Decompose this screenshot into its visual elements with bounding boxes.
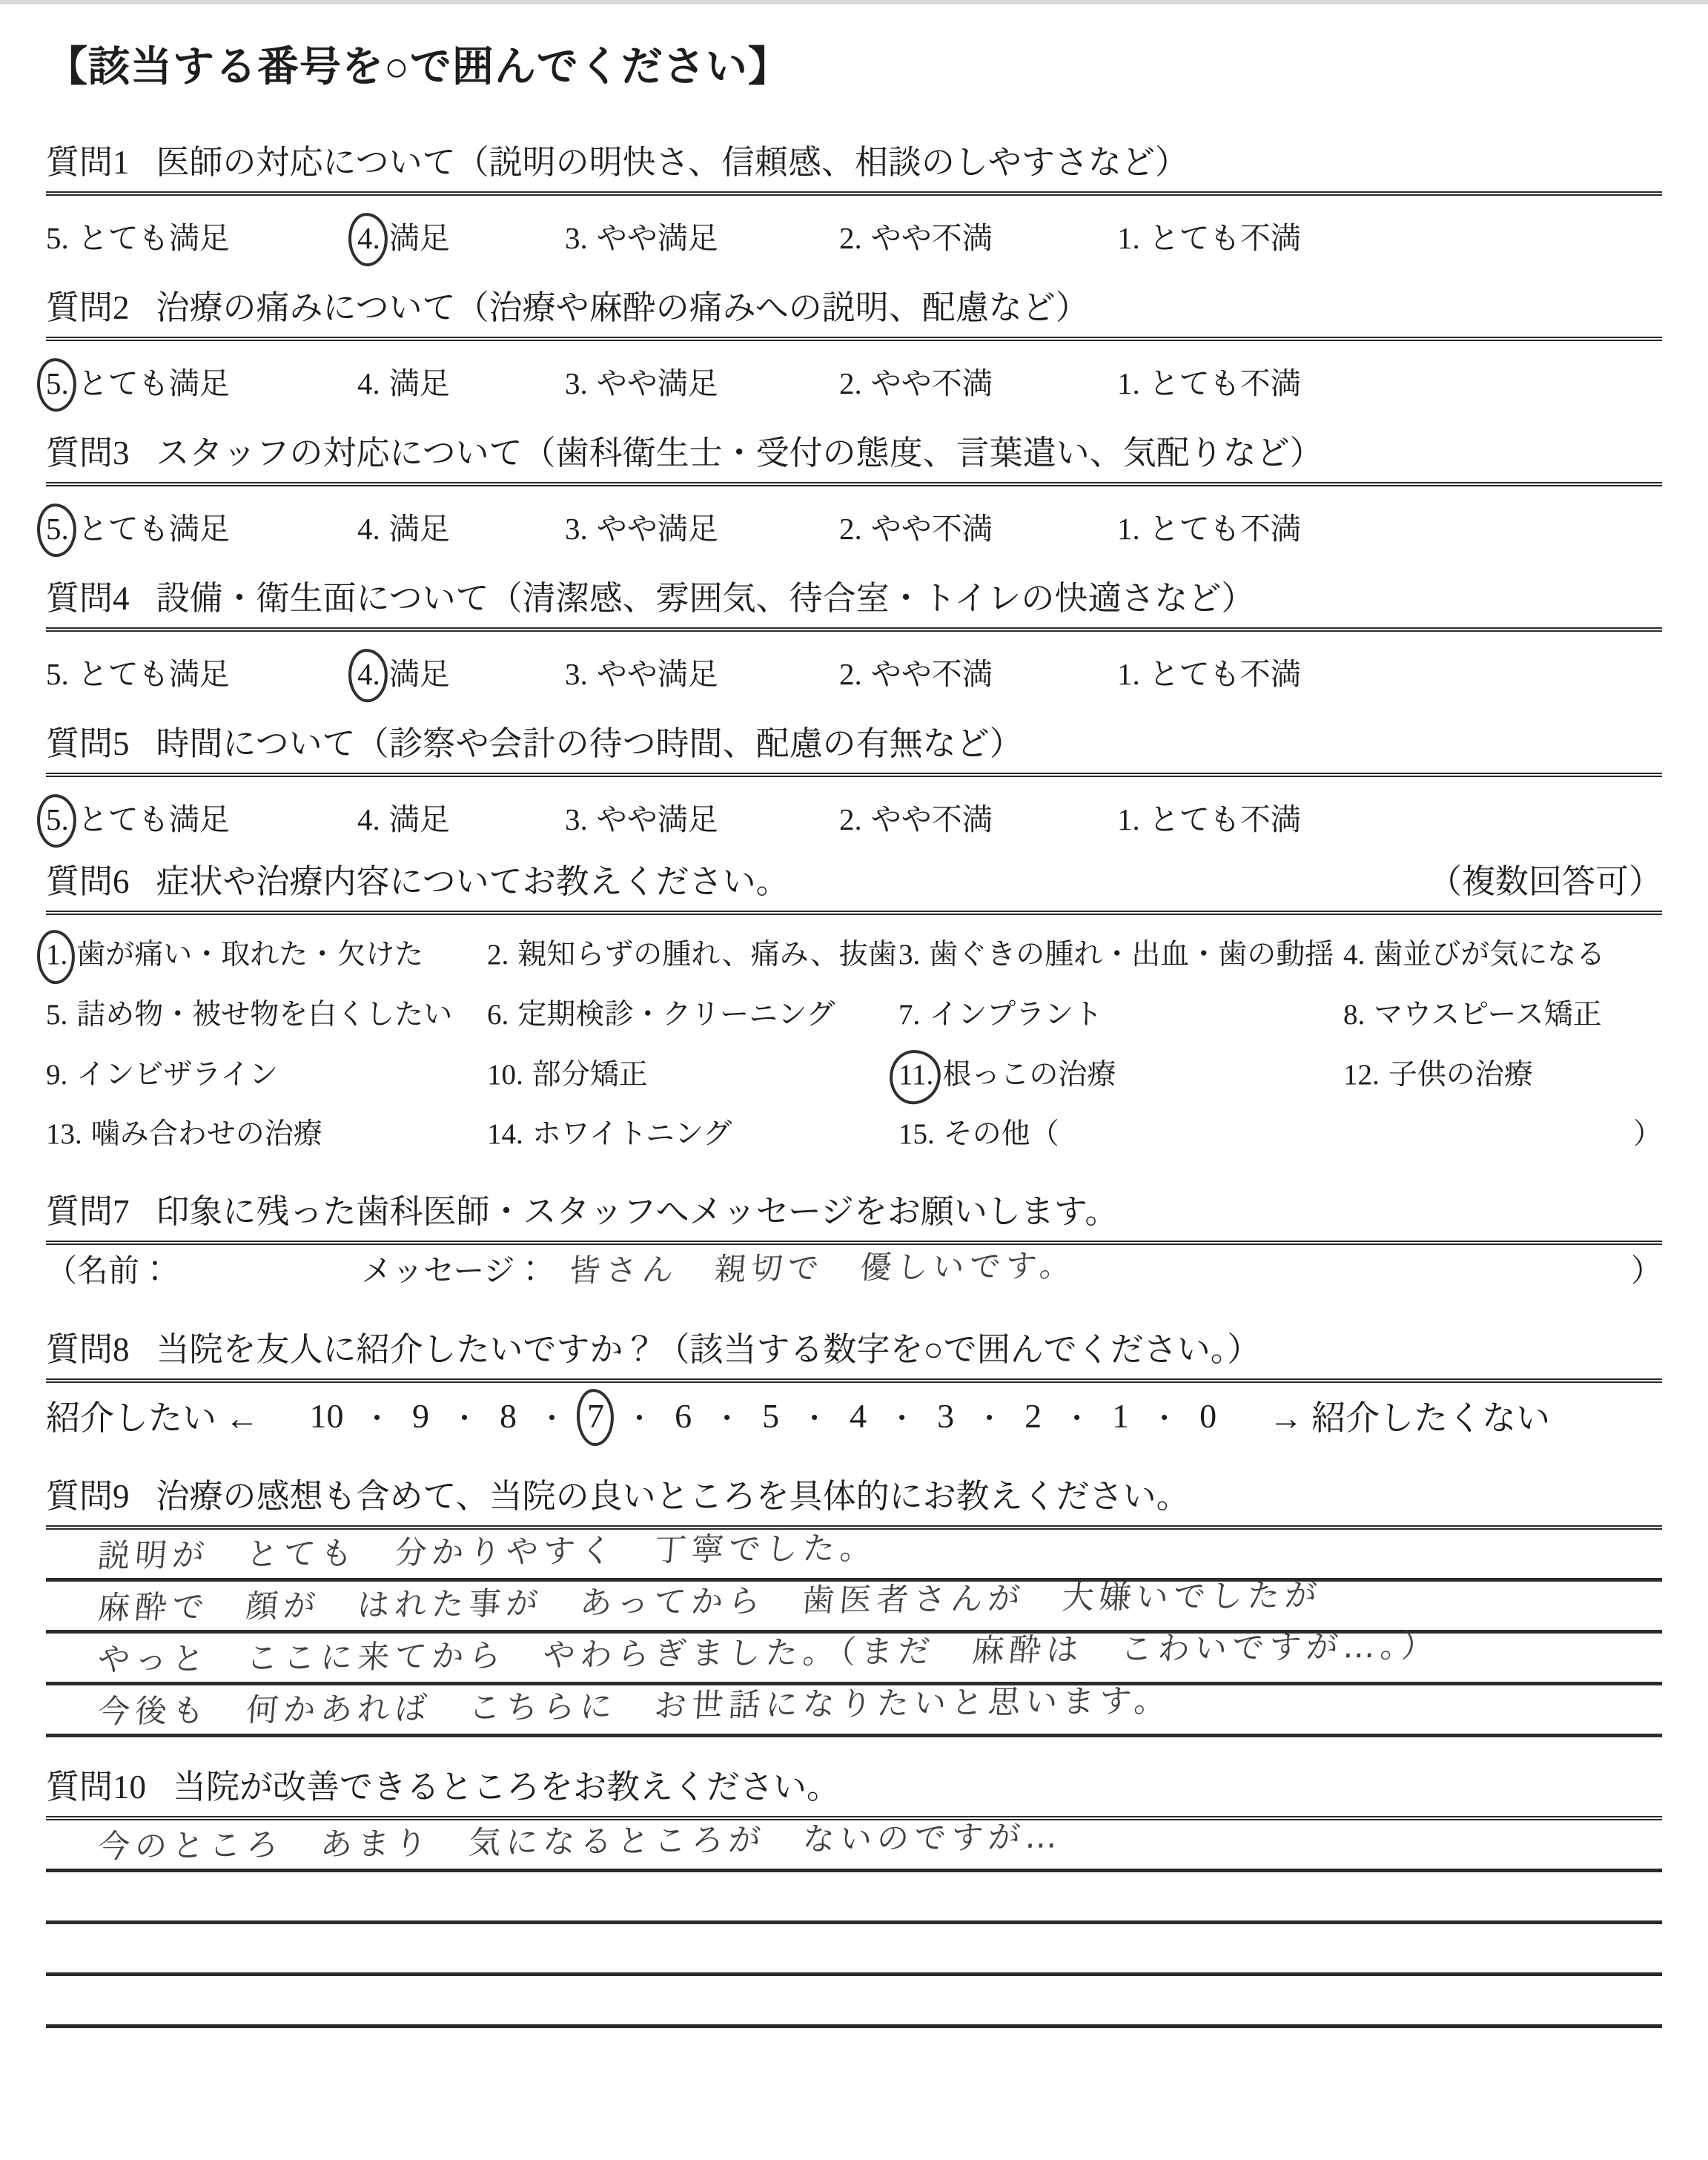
question-9-block: 質問9治療の感想も含めて、当院の良いところを具体的にお教えください。 説明が と… (46, 1476, 1662, 1737)
option-text: 根っこの治療 (942, 1059, 1116, 1091)
scale-number: 7 (586, 1396, 606, 1436)
question-topic: スタッフの対応について（歯科衛生士・受付の態度、言葉遣い、気配りなど） (156, 435, 1323, 472)
symptom-option: 1.歯が痛い・取れた・欠けた (46, 937, 487, 974)
option-number: 12. (1343, 1057, 1380, 1094)
option-text: 親知らずの腫れ、痛み、抜歯 (517, 939, 897, 971)
question-topic: 設備・衛生面について（清潔感、雰囲気、待合室・トイレの快適さなど） (156, 580, 1255, 617)
option-text: 定期検診・クリーニング (517, 999, 835, 1031)
rating-option: 1.とても不満 (1117, 650, 1301, 675)
answer-line (46, 1924, 1662, 1976)
option-number: 8. (1343, 997, 1365, 1034)
rating-option: 2.やや不満 (839, 504, 1117, 529)
question-1-heading: 質問1医師の対応について（説明の明快さ、信頼感、相談のしやすさなど） (46, 142, 1188, 182)
question-2-options: 5.とても満足 4.満足 3.やや満足 2.やや不満 1.とても不満 (46, 341, 1662, 384)
option-text: やや不満 (871, 802, 993, 836)
question-label: 質問10 (46, 1768, 146, 1806)
scale-separator: ・ (976, 1396, 1004, 1436)
rating-option: 4.満足 (357, 359, 565, 384)
option-text: 子供の治療 (1388, 1059, 1533, 1091)
scale-number: 9 (411, 1396, 431, 1436)
question-5-block: 質問5時間について（診察や会計の待つ時間、配慮の有無など） 5.とても満足 4.… (46, 724, 1662, 820)
rating-option: 1.とても不満 (1117, 214, 1301, 239)
option-number: 5. (46, 802, 69, 837)
option-number: 5. (46, 656, 69, 692)
symptom-option: 11.根っこの治療 (898, 1057, 1343, 1094)
question-topic: 医師の対応について（説明の明快さ、信頼感、相談のしやすさなど） (156, 144, 1188, 181)
symptom-options-grid: 1.歯が痛い・取れた・欠けた 2.親知らずの腫れ、痛み、抜歯 3.歯ぐきの腫れ・… (46, 915, 1662, 1153)
question-5-heading: 質問5時間について（診察や会計の待つ時間、配慮の有無など） (46, 724, 1023, 764)
question-label: 質問2 (46, 289, 130, 326)
option-number: 3. (565, 656, 588, 692)
scale-separator: ・ (801, 1396, 829, 1436)
option-text: とても不満 (1149, 221, 1301, 255)
symptom-option: 12.子供の治療 (1343, 1057, 1662, 1094)
question-7-header: 質問7印象に残った歯科医師・スタッフへメッセージをお願いします。 (46, 1192, 1662, 1245)
option-number: 3. (565, 511, 588, 546)
question-1-block: 質問1医師の対応について（説明の明快さ、信頼感、相談のしやすさなど） 5.とても… (46, 142, 1662, 239)
option-number: 1. (1117, 511, 1140, 546)
scale-left-label: 紹介したい ← (46, 1391, 259, 1440)
option-text: 満足 (389, 512, 450, 546)
rating-option: 2.やや不満 (839, 359, 1117, 384)
question-label: 質問5 (46, 725, 130, 762)
option-text: その他（ (944, 1118, 1059, 1150)
option-text: 部分矯正 (532, 1059, 648, 1091)
rating-option: 5.とても満足 (46, 359, 357, 384)
option-text: マウスピース矯正 (1374, 999, 1601, 1031)
option-number: 13. (46, 1117, 82, 1153)
option-text: やや不満 (871, 366, 993, 400)
answer-line: 今後も 何かあれば こちらに お世話になりたいと思います。 (46, 1685, 1662, 1737)
question-label: 質問6 (46, 863, 130, 900)
question-4-heading: 質問4設備・衛生面について（清潔感、雰囲気、待合室・トイレの快適さなど） (46, 578, 1254, 618)
scale-separator: ・ (1063, 1396, 1091, 1436)
option-number: 15. (898, 1117, 935, 1153)
option-text: やや満足 (597, 221, 718, 255)
option-text: とても不満 (1149, 657, 1301, 691)
option-number: 3. (565, 802, 588, 837)
question-7-answer-row: （名前： メッセージ： 皆さん 親切で 優しいです。 ） (46, 1245, 1662, 1291)
question-topic: 治療の感想も含めて、当院の良いところを具体的にお教えください。 (156, 1478, 1190, 1515)
option-number: 4. (357, 366, 380, 401)
option-number: 4. (357, 220, 380, 256)
question-label: 質問1 (46, 144, 130, 181)
question-label: 質問3 (46, 435, 130, 472)
option-number: 4. (357, 511, 380, 546)
name-field-label: （名前： (46, 1246, 361, 1291)
rating-option: 1.とても不満 (1117, 795, 1301, 820)
answer-line: 今のところ あまり 気になるところが ないのですが… (46, 1820, 1662, 1872)
symptom-option: 10.部分矯正 (487, 1057, 898, 1094)
option-number: 2. (839, 511, 862, 546)
question-topic: 治療の痛みについて（治療や麻酔の痛みへの説明、配慮など） (156, 289, 1089, 326)
handwritten-answer: 説明が とても 分かりやすく 丁寧でした。 (96, 1523, 879, 1576)
question-3-options: 5.とても満足 4.満足 3.やや満足 2.やや不満 1.とても不満 (46, 486, 1662, 529)
question-1-header: 質問1医師の対応について（説明の明快さ、信頼感、相談のしやすさなど） (46, 142, 1662, 196)
scale-separator: ・ (451, 1396, 479, 1436)
recommend-scale: 紹介したい ← 10・ 9・ 8・ 7・ 6・ 5・ 4・ 3・ 2・ 1・ 0… (46, 1383, 1662, 1429)
option-number: 5. (46, 997, 67, 1034)
option-text: 満足 (389, 366, 450, 400)
option-text: 歯が痛い・取れた・欠けた (76, 939, 423, 971)
option-text: やや満足 (597, 366, 718, 400)
question-label: 質問4 (46, 580, 130, 617)
question-topic: 当院を友人に紹介したいですか？（該当する数字を○で囲んでください。） (156, 1331, 1261, 1368)
survey-page: 【該当する番号を○で囲んでください】 質問1医師の対応について（説明の明快さ、信… (0, 4, 1708, 2028)
question-6-header: 質問6症状や治療内容についてお教えください。 （複数回答可） (46, 862, 1662, 915)
option-text: 満足 (389, 657, 450, 691)
answer-line: 説明が とても 分かりやすく 丁寧でした。 (46, 1530, 1662, 1582)
option-number: 6. (487, 997, 509, 1034)
question-6-block: 質問6症状や治療内容についてお教えください。 （複数回答可） 1.歯が痛い・取れ… (46, 862, 1662, 1153)
question-4-options: 5.とても満足 4.満足 3.やや満足 2.やや不満 1.とても不満 (46, 632, 1662, 675)
option-text: とても不満 (1149, 366, 1301, 400)
scale-separator: ・ (888, 1396, 916, 1436)
option-number: 4. (357, 656, 380, 692)
question-10-heading: 質問10当院が改善できるところをお教えください。 (46, 1767, 840, 1807)
handwritten-answer: 今のところ あまり 気になるところが ないのですが… (96, 1811, 1065, 1867)
option-number: 1. (1117, 366, 1140, 401)
option-text: やや満足 (597, 512, 718, 546)
question-label: 質問7 (46, 1193, 130, 1230)
rating-option: 5.とても満足 (46, 214, 357, 239)
symptom-option: 2.親知らずの腫れ、痛み、抜歯 (487, 937, 898, 974)
rating-option: 4.満足 (357, 650, 565, 675)
rating-option: 3.やや満足 (565, 214, 839, 239)
answer-line: やっと ここに来てから やわらぎました。（まだ 麻酔は こわいですが…。） (46, 1634, 1662, 1685)
rating-option: 4.満足 (357, 214, 565, 239)
option-text: やや不満 (871, 512, 993, 546)
rating-option: 5.とても満足 (46, 504, 357, 529)
option-number: 10. (487, 1057, 523, 1094)
option-number: 1. (1117, 656, 1140, 692)
question-10-header: 質問10当院が改善できるところをお教えください。 (46, 1767, 1662, 1820)
option-text: とても不満 (1149, 802, 1301, 836)
scale-number: 0 (1198, 1396, 1219, 1436)
option-number: 2. (839, 802, 862, 837)
option-number: 2. (839, 656, 862, 692)
option-number: 14. (487, 1117, 523, 1153)
question-9-heading: 質問9治療の感想も含めて、当院の良いところを具体的にお教えください。 (46, 1476, 1190, 1516)
option-number: 5. (46, 366, 69, 401)
question-1-options: 5.とても満足 4.満足 3.やや満足 2.やや不満 1.とても不満 (46, 196, 1662, 239)
option-number: 11. (898, 1057, 933, 1094)
option-number: 3. (565, 220, 588, 256)
question-2-block: 質問2治療の痛みについて（治療や麻酔の痛みへの説明、配慮など） 5.とても満足 … (46, 288, 1662, 384)
option-text: 満足 (389, 221, 450, 255)
message-field-label: メッセージ： (361, 1246, 546, 1291)
option-text: とても満足 (78, 366, 230, 400)
scale-number: 2 (1023, 1396, 1044, 1436)
option-number: 2. (839, 220, 862, 256)
close-paren: ） (1631, 1246, 1662, 1291)
scale-number: 8 (498, 1396, 519, 1436)
option-text: やや満足 (597, 657, 718, 691)
option-number: 7. (898, 997, 920, 1034)
option-number: 1. (1117, 802, 1140, 837)
scale-number: 1 (1110, 1396, 1131, 1436)
question-3-heading: 質問3スタッフの対応について（歯科衛生士・受付の態度、言葉遣い、気配りなど） (46, 433, 1323, 473)
symptom-option: 5.詰め物・被せ物を白くしたい (46, 997, 487, 1034)
question-3-header: 質問3スタッフの対応について（歯科衛生士・受付の態度、言葉遣い、気配りなど） (46, 433, 1662, 486)
option-number: 2. (839, 366, 862, 401)
question-9-header: 質問9治療の感想も含めて、当院の良いところを具体的にお教えください。 (46, 1476, 1662, 1530)
question-8-heading: 質問8当院を友人に紹介したいですか？（該当する数字を○で囲んでください。） (46, 1330, 1260, 1370)
rating-option: 4.満足 (357, 504, 565, 529)
option-text: 詰め物・被せ物を白くしたい (76, 999, 452, 1031)
scale-right-label: → 紹介したくない (1269, 1391, 1551, 1440)
question-topic: 時間について（診察や会計の待つ時間、配慮の有無など） (156, 725, 1023, 762)
scale-number: 10 (310, 1396, 344, 1436)
question-5-options: 5.とても満足 4.満足 3.やや満足 2.やや不満 1.とても不満 (46, 777, 1662, 820)
question-2-header: 質問2治療の痛みについて（治療や麻酔の痛みへの説明、配慮など） (46, 288, 1662, 341)
option-number: 3. (898, 937, 920, 974)
option-text: とても満足 (78, 657, 230, 691)
option-number: 5. (46, 511, 69, 546)
question-4-block: 質問4設備・衛生面について（清潔感、雰囲気、待合室・トイレの快適さなど） 5.と… (46, 578, 1662, 675)
option-text: やや満足 (597, 802, 718, 836)
option-text: とても満足 (78, 512, 230, 546)
option-text: インビザライン (76, 1059, 278, 1091)
answer-line (46, 1872, 1662, 1924)
scale-separator: ・ (363, 1396, 391, 1436)
question-7-block: 質問7印象に残った歯科医師・スタッフへメッセージをお願いします。 （名前： メッ… (46, 1192, 1662, 1291)
option-number: 2. (487, 937, 509, 974)
page-title: 【該当する番号を○で囲んでください】 (46, 34, 1662, 93)
option-text: とても満足 (78, 802, 230, 836)
question-label: 質問8 (46, 1331, 130, 1368)
option-number: 1. (1117, 220, 1140, 256)
answer-line (46, 1976, 1662, 2028)
option-text: やや不満 (871, 221, 993, 255)
question-10-block: 質問10当院が改善できるところをお教えください。 今のところ あまり 気になると… (46, 1767, 1662, 2028)
option-number: 3. (565, 366, 588, 401)
rating-option: 3.やや満足 (565, 504, 839, 529)
rating-option: 4.満足 (357, 795, 565, 820)
question-3-block: 質問3スタッフの対応について（歯科衛生士・受付の態度、言葉遣い、気配りなど） 5… (46, 433, 1662, 529)
rating-option: 1.とても不満 (1117, 359, 1301, 384)
multi-answer-note: （複数回答可） (1429, 862, 1662, 902)
symptom-option: 3.歯ぐきの腫れ・出血・歯の動揺 (898, 937, 1343, 974)
rating-option: 1.とても不満 (1117, 504, 1301, 529)
symptom-option: 14.ホワイトニング (487, 1117, 898, 1153)
rating-option: 2.やや不満 (839, 214, 1117, 239)
rating-option: 3.やや満足 (565, 359, 839, 384)
option-number: 4. (1343, 937, 1365, 974)
option-number: 5. (46, 220, 69, 256)
rating-option: 3.やや満足 (565, 650, 839, 675)
rating-option: 2.やや不満 (839, 795, 1117, 820)
scale-separator: ・ (713, 1396, 741, 1436)
symptom-option-other: 15.その他（ (898, 1117, 1343, 1153)
option-number: 1. (46, 937, 67, 974)
symptom-option: 4.歯並びが気になる (1343, 937, 1662, 974)
question-8-block: 質問8当院を友人に紹介したいですか？（該当する数字を○で囲んでください。） 紹介… (46, 1330, 1662, 1429)
option-text: 噛み合わせの治療 (91, 1118, 322, 1150)
rating-option: 2.やや不満 (839, 650, 1117, 675)
symptom-option: 9.インビザライン (46, 1057, 487, 1094)
question-topic: 印象に残った歯科医師・スタッフへメッセージをお願いします。 (156, 1193, 1119, 1230)
option-text: とても不満 (1149, 512, 1301, 546)
scale-number: 4 (848, 1396, 869, 1436)
rating-option: 5.とても満足 (46, 795, 357, 820)
symptom-option: 8.マウスピース矯正 (1343, 997, 1662, 1034)
option-text: やや不満 (871, 657, 993, 691)
scale-separator: ・ (538, 1396, 566, 1436)
option-number: 9. (46, 1057, 67, 1094)
question-6-heading: 質問6症状や治療内容についてお教えください。 (46, 862, 790, 902)
question-2-heading: 質問2治療の痛みについて（治療や麻酔の痛みへの説明、配慮など） (46, 288, 1089, 328)
other-close-paren: ） (1633, 1117, 1662, 1153)
question-topic: 症状や治療内容についてお教えください。 (156, 863, 790, 900)
rating-option: 5.とても満足 (46, 650, 357, 675)
option-text: とても満足 (78, 221, 230, 255)
option-text: インプラント (929, 999, 1102, 1031)
symptom-option: 7.インプラント (898, 997, 1343, 1034)
scale-separator: ・ (1151, 1396, 1179, 1436)
option-text: 歯ぐきの腫れ・出血・歯の動揺 (929, 939, 1334, 971)
option-text: 歯並びが気になる (1374, 939, 1605, 971)
symptom-option: 13.噛み合わせの治療 (46, 1117, 487, 1153)
scale-number: 5 (761, 1396, 781, 1436)
symptom-option: 6.定期検診・クリーニング (487, 997, 898, 1034)
option-text: ホワイトニング (532, 1118, 732, 1150)
scale-separator: ・ (626, 1396, 654, 1436)
question-7-heading: 質問7印象に残った歯科医師・スタッフへメッセージをお願いします。 (46, 1192, 1118, 1232)
question-4-header: 質問4設備・衛生面について（清潔感、雰囲気、待合室・トイレの快適さなど） (46, 578, 1662, 632)
handwritten-message: 皆さん 親切で 優しいです。 (568, 1241, 1078, 1291)
option-text: 満足 (389, 802, 450, 836)
option-number: 4. (357, 802, 380, 837)
scale-number: 6 (673, 1396, 694, 1436)
scale-number: 3 (936, 1396, 956, 1436)
question-topic: 当院が改善できるところをお教えください。 (173, 1768, 840, 1806)
rating-option: 3.やや満足 (565, 795, 839, 820)
question-label: 質問9 (46, 1478, 130, 1515)
question-5-header: 質問5時間について（診察や会計の待つ時間、配慮の有無など） (46, 724, 1662, 777)
question-8-header: 質問8当院を友人に紹介したいですか？（該当する数字を○で囲んでください。） (46, 1330, 1662, 1383)
